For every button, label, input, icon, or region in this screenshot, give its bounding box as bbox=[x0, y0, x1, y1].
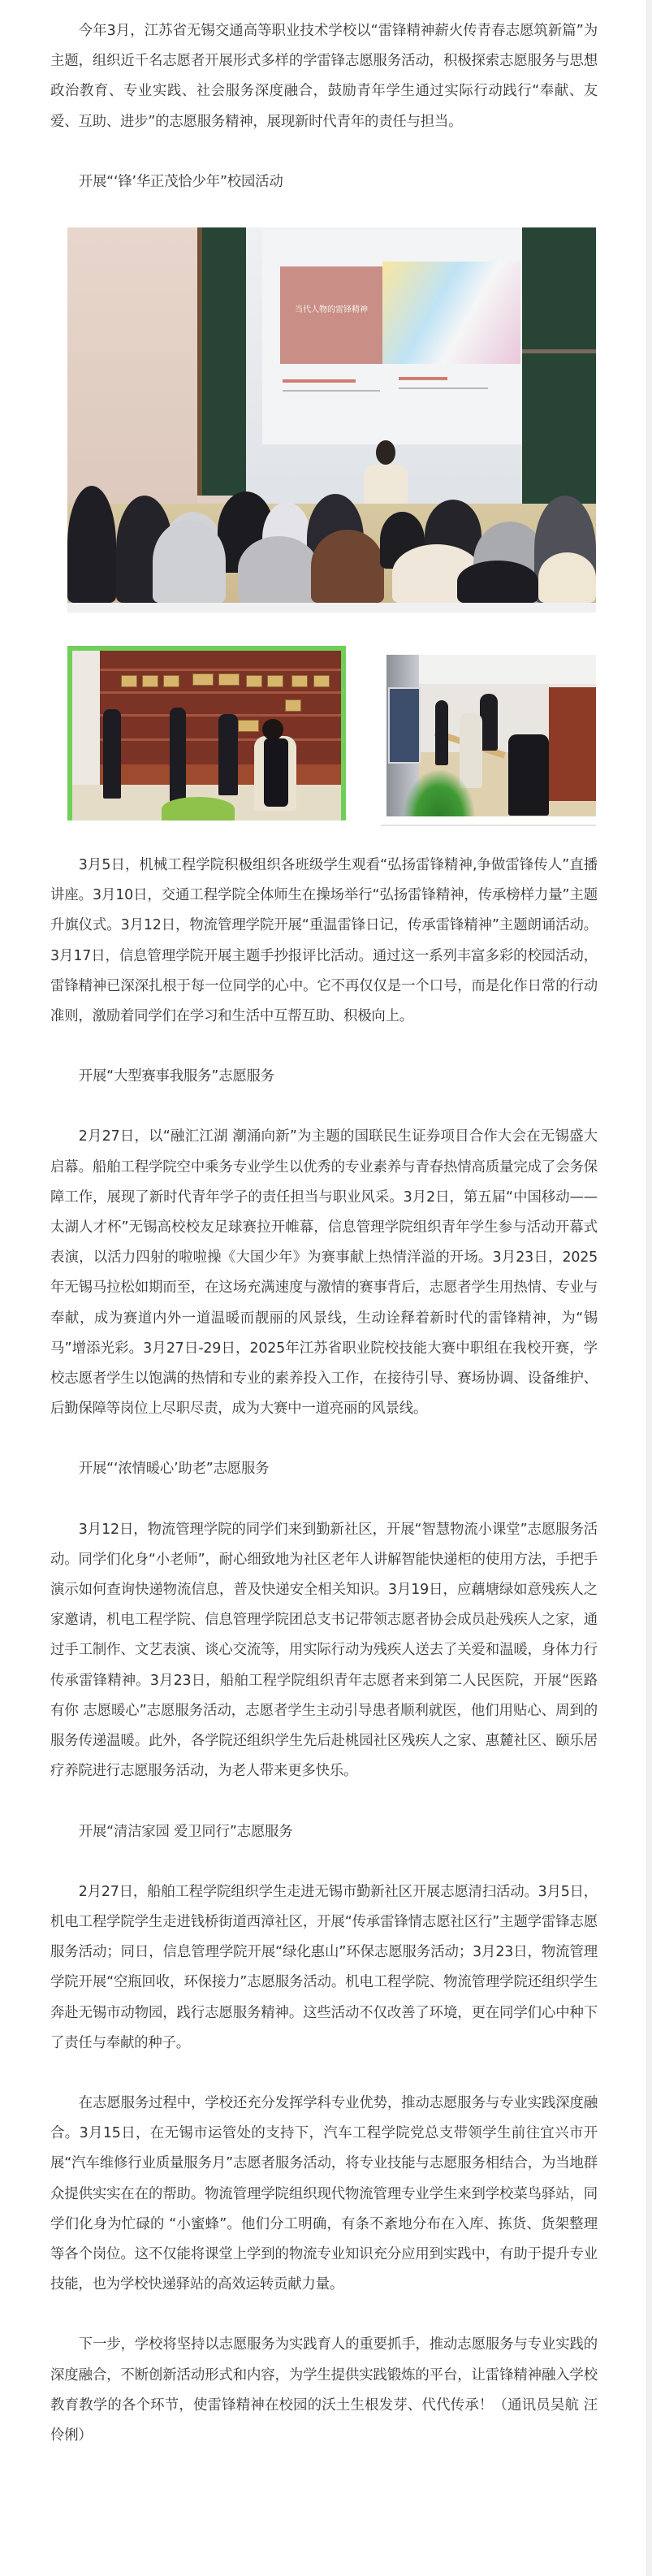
section-heading-elderly-care: 开展“‘浓情暖心’助老”志愿服务 bbox=[50, 1454, 598, 1484]
spacer bbox=[50, 2300, 598, 2330]
photo-scene: 当代人物的雷锋精神 bbox=[67, 227, 596, 603]
closing-paragraph: 下一步，学校将坚持以志愿服务为实践育人的重要抓手，推动志愿服务与专业实践的深度融… bbox=[50, 2330, 598, 2451]
speaker bbox=[376, 440, 395, 465]
section-heading-event-service: 开展“大型赛事我服务”志愿服务 bbox=[50, 1062, 598, 1092]
section-heading-campus-activity: 开展“‘锋’华正茂恰少年”校园活动 bbox=[50, 167, 598, 197]
intro-paragraph: 今年3月，江苏省无锡交通高等职业技术学校以“雷锋精神薪火传青春志愿筑新篇”为主题… bbox=[50, 16, 598, 137]
spacer bbox=[50, 834, 598, 851]
spacer bbox=[50, 1032, 598, 1062]
section-paragraph: 3月12日，物流管理学院的同学们来到勤新社区，开展“智慧物流小课堂”志愿服务活动… bbox=[50, 1515, 598, 1787]
scrollbar-track[interactable] bbox=[646, 0, 652, 2576]
spacer bbox=[50, 137, 598, 167]
section-paragraph: 在志愿服务过程中，学校还充分发挥学科专业优势，推动志愿服务与专业实践深度融合。3… bbox=[50, 2089, 598, 2300]
spacer bbox=[50, 1424, 598, 1454]
photo-scene bbox=[386, 655, 596, 816]
hallway-volunteers-photo bbox=[386, 655, 596, 816]
section-paragraph: 2月27日，以“融汇江湖 潮涌向新”为主题的国联民生证券项目合作大会在无锡盛大启… bbox=[50, 1122, 598, 1424]
spacer bbox=[50, 197, 598, 227]
slide-title: 当代人物的雷锋精神 bbox=[280, 302, 382, 314]
photo-row bbox=[67, 646, 596, 834]
spacer bbox=[50, 1485, 598, 1515]
divider bbox=[381, 825, 596, 826]
spacer bbox=[50, 1787, 598, 1817]
article-body: 今年3月，江苏省无锡交通高等职业技术学校以“雷锋精神薪火传青春志愿筑新篇”为主题… bbox=[50, 16, 598, 2451]
spacer bbox=[50, 2059, 598, 2089]
spacer bbox=[50, 1092, 598, 1122]
spacer bbox=[50, 613, 598, 646]
classroom-lecture-photo: 当代人物的雷锋精神 bbox=[67, 227, 596, 603]
section-heading-clean-home: 开展“清洁家园 爱卫同行”志愿服务 bbox=[50, 1817, 598, 1847]
spacer bbox=[50, 1847, 598, 1877]
section-paragraph: 3月5日，机械工程学院积极组织各班级学生观看“弘扬雷锋精神,争做雷锋传人”直播讲… bbox=[50, 851, 598, 1032]
section-paragraph: 2月27日，船舶工程学院组织学生走进无锡市勤新社区开展志愿清扫活动。3月5日，机… bbox=[50, 1877, 598, 2059]
image-caption-strip bbox=[67, 603, 596, 613]
photo-scene bbox=[72, 651, 341, 820]
office-cleaning-photo bbox=[67, 646, 346, 820]
